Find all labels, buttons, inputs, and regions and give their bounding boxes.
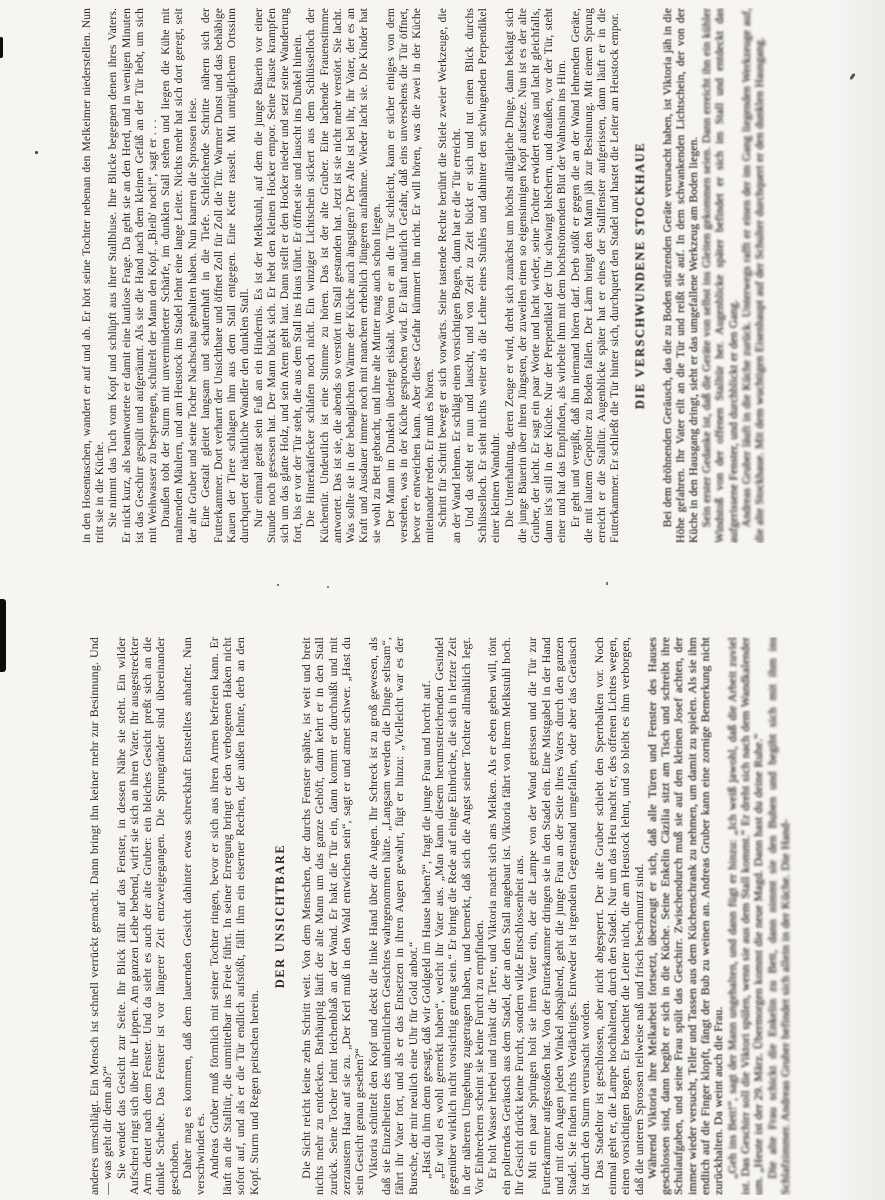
- paragraph: anderes umschlägt. Ein Mensch ist schnel…: [88, 637, 115, 1195]
- paragraph: Die Hinterkaifecker schlafen noch nicht.…: [304, 8, 383, 543]
- paragraph: Das Stadeltor ist geschlossen, aber nich…: [593, 637, 646, 1195]
- paragraph: Er holt Wasser herbei und tränkt die Tie…: [486, 637, 526, 1195]
- paragraph: Und da steht er nun und lauscht, und von…: [463, 8, 503, 543]
- ink-speck: [35, 151, 38, 154]
- paragraph: Die alte Frau schickt die Enkelin zu Bet…: [766, 637, 793, 1195]
- chapter-title-stockhaue: DIE VERSCHWUNDENE STOCKHAUE: [634, 8, 647, 543]
- page-top: in den Hosentaschen, wandert er auf und …: [80, 8, 885, 543]
- scan-edge-mark: [0, 599, 6, 672]
- paragraph: Sein erster Gedanke ist, daß die Geräte …: [700, 8, 740, 543]
- paragraph: in den Hosentaschen, wandert er auf und …: [80, 8, 106, 543]
- paragraph: Die Unterhaltung, deren Zeuge er wird, d…: [503, 8, 569, 543]
- paragraph: Nur einmal gerät sein Fuß an ein Hindern…: [252, 8, 305, 543]
- paragraph: Daher mag es kommen, daß dem lauernden G…: [181, 637, 208, 1195]
- ink-speck: [277, 584, 279, 586]
- paragraph: Er geht und vergißt, daß ihn niemand hör…: [569, 8, 622, 543]
- paragraph: „Er wird es wohl gemerkt haben“, weicht …: [433, 637, 486, 1195]
- scan-edge-mark: [0, 37, 3, 58]
- paragraph: Sie nimmt das Tuch vom Kopf und schlüpft…: [106, 8, 159, 543]
- paragraph: „Geh ins Bett!“, sagt der Mann ungehalte…: [726, 637, 766, 1195]
- paragraph: Schritt für Schritt bewegt er sich vorwä…: [436, 8, 462, 543]
- chapter-title-unsichtbare: DER UNSICHTBARE: [274, 637, 287, 1195]
- scanned-book-spread: in den Hosentaschen, wandert er auf und …: [0, 0, 885, 1200]
- paragraph: Eine Gestalt gleitet langsam und schatte…: [199, 8, 252, 543]
- paragraph: Der Mann im Dunkeln überlegt eiskalt. We…: [384, 8, 437, 543]
- ink-speck: [327, 586, 329, 588]
- paragraph: Viktoria schüttelt den Kopf und deckt di…: [367, 637, 420, 1195]
- paragraph: Andreas Gruber läuft in die Küche zurück…: [740, 8, 766, 543]
- paragraph: Die Sicht reicht keine zehn Schritt weit…: [300, 637, 366, 1195]
- paragraph: Andreas Gruber muß förmlich mit seiner T…: [208, 637, 261, 1195]
- paragraph: Sie wendet das Gesicht zur Seite. Ihr Bl…: [115, 637, 181, 1195]
- paragraph: Bei dem dröhnenden Geräusch, das die zu …: [661, 8, 701, 543]
- ink-speck: [606, 582, 608, 585]
- paragraph: Mit ein paar Sprüngen holt sie ihren Vat…: [526, 637, 592, 1195]
- page-bottom: anderes umschlägt. Ein Mensch ist schnel…: [88, 637, 885, 1195]
- paragraph: Während Viktoria ihre Melkarbeit fortset…: [646, 637, 726, 1195]
- paragraph: „Hast du ihm denn gesagt, daß wir Goldge…: [420, 637, 433, 1195]
- paragraph: Draußen tobt der Sturm mit unverminderte…: [159, 8, 199, 543]
